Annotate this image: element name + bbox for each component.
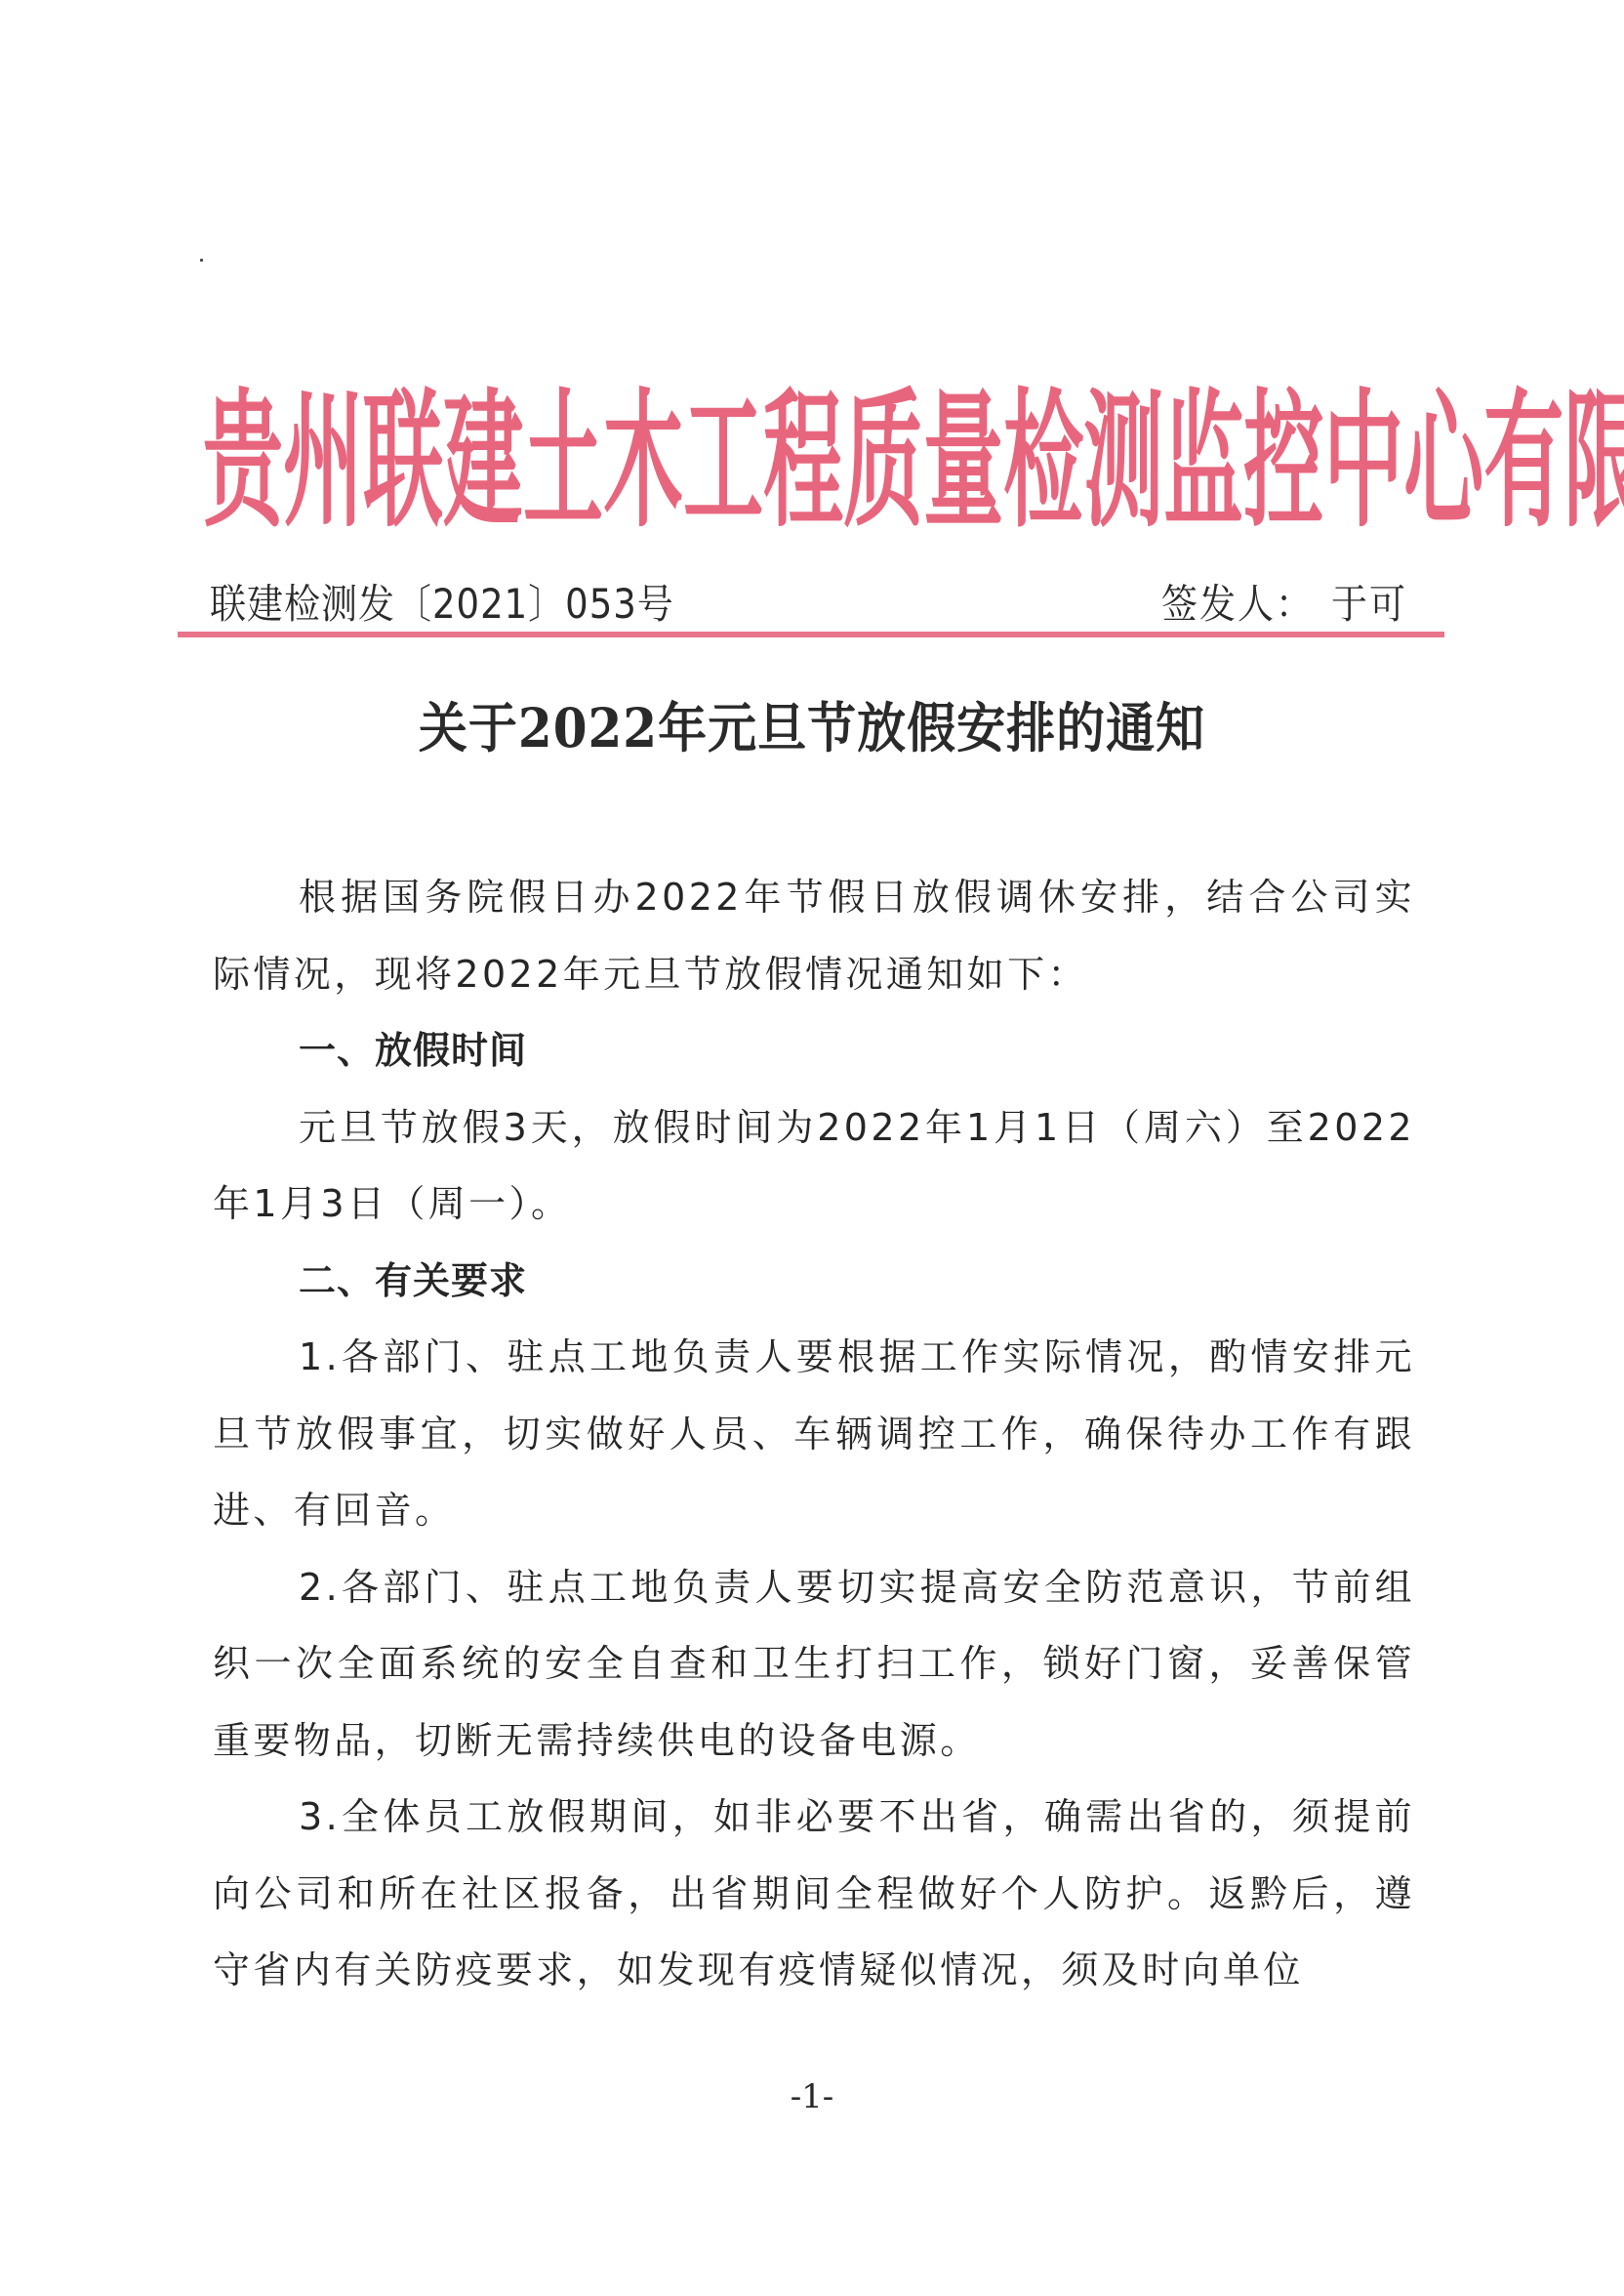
section-heading-holiday-time: 一、放假时间: [213, 1012, 1415, 1089]
issuer-title-char: 程: [763, 388, 843, 536]
issuer-title-char: 监: [1163, 388, 1243, 536]
page-number: -1-: [0, 2077, 1624, 2116]
requirement-paragraph-1: 1.各部门、驻点工地负责人要根据工作实际情况，酌情安排元旦节放假事宜，切实做好人…: [213, 1319, 1415, 1549]
issuer-title-char: 限: [1563, 388, 1624, 536]
red-divider-rule: [178, 632, 1444, 637]
issuer-title-char: 测: [1083, 388, 1163, 536]
issuer-title-char: 控: [1243, 388, 1323, 536]
issuer-title-char: 心: [1403, 388, 1483, 536]
issuer-title-char: 有: [1483, 388, 1563, 536]
document-body: 根据国务院假日办2022年节假日放假调休安排，结合公司实际情况，现将2022年元…: [213, 859, 1415, 2009]
issuer-title-char: 土: [523, 388, 603, 536]
issuer-red-header: 贵州联建土木工程质量检测监控中心有限公司文件: [203, 379, 1441, 545]
document-number: 联建检测发〔2021〕053号: [210, 571, 674, 630]
signer-name: 于可: [1331, 581, 1407, 628]
document-title: 关于2022年元旦节放假安排的通知: [0, 685, 1624, 762]
issuer-title-char: 贵: [203, 388, 283, 536]
section-heading-requirements: 二、有关要求: [213, 1243, 1415, 1320]
issuer-title-char: 中: [1323, 388, 1403, 536]
issuer-title-char: 木: [603, 388, 683, 536]
signer: 签发人：于可: [1161, 571, 1407, 630]
issuer-title-char: 联: [363, 388, 443, 536]
issuer-title-char: 建: [443, 388, 523, 536]
issuer-title-char: 工: [683, 388, 763, 536]
requirement-paragraph-2: 2.各部门、驻点工地负责人要切实提高安全防范意识，节前组织一次全面系统的安全自查…: [213, 1549, 1415, 1780]
document-page: 贵州联建土木工程质量检测监控中心有限公司文件 联建检测发〔2021〕053号 签…: [0, 0, 1624, 2296]
issuer-title-char: 量: [923, 388, 1003, 536]
holiday-time-paragraph: 元旦节放假3天，放假时间为2022年1月1日（周六）至2022年1月3日（周一）…: [213, 1089, 1415, 1243]
intro-paragraph: 根据国务院假日办2022年节假日放假调休安排，结合公司实际情况，现将2022年元…: [213, 859, 1415, 1012]
scan-artifact: [200, 259, 203, 262]
signer-label: 签发人：: [1161, 581, 1314, 628]
issuer-title-char: 州: [283, 388, 363, 536]
issuer-title-char: 检: [1003, 388, 1083, 536]
requirement-paragraph-3: 3.全体员工放假期间，如非必要不出省，确需出省的，须提前向公司和所在社区报备，出…: [213, 1779, 1415, 2009]
issuer-title-char: 质: [843, 388, 923, 536]
